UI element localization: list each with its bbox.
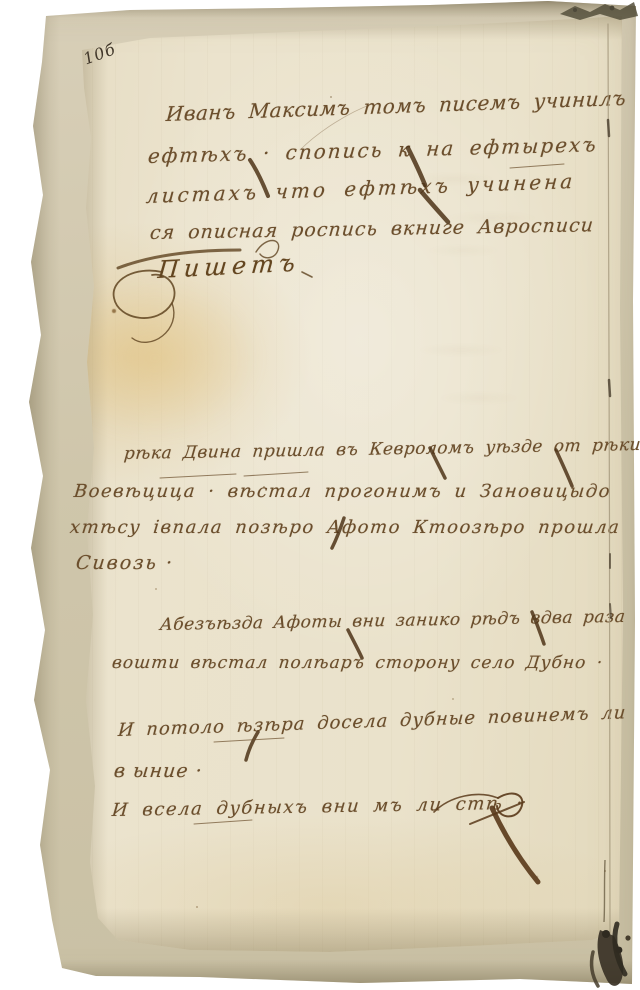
handwritten-line: вошти вѣстал полѣаръ сторону село Дубно … [111,653,604,673]
ink-showthrough-lower [380,320,560,440]
under-page-bottom-shade [40,960,640,986]
deckle-edge-shade [26,0,60,990]
ink-specks [0,0,2,2]
under-page-top-shade [40,0,640,18]
handwritten-line: в ыние · [113,760,204,782]
handwritten-line: Воевѣцица · вѣстал прогонимъ и Зановицыд… [73,481,612,502]
handwritten-line: хтѣсу івпала позѣро Афото Ктоозѣро прошл… [69,517,622,538]
manuscript-scan: 10б Иванъ Максимъ томъ писемъ учинилъ еф… [0,0,640,990]
handwritten-line: Сивозь · [75,552,175,574]
